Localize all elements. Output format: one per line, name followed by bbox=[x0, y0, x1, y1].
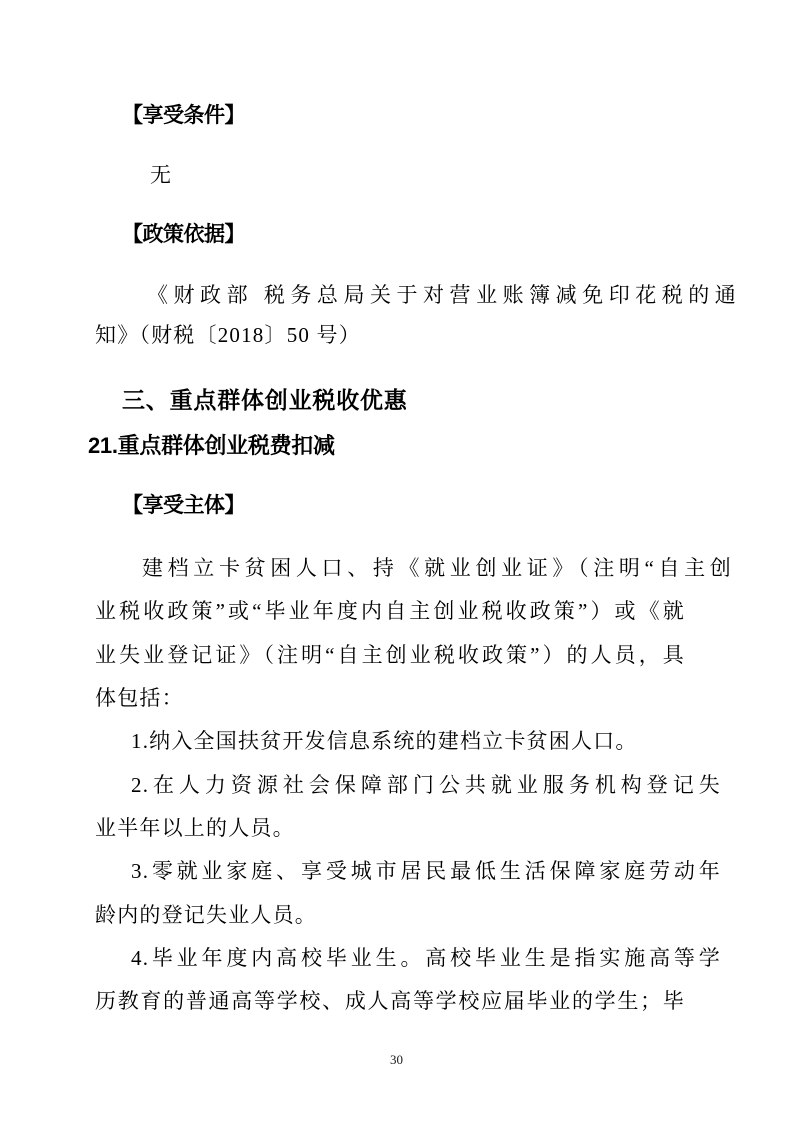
subject-item2-line-2: 业半年以上的人员。 bbox=[95, 807, 685, 850]
subject-paragraph-line-4: 体包括： bbox=[95, 677, 685, 720]
policy-basis-line-2: 知》（财税〔2018〕50 号） bbox=[95, 314, 685, 357]
subject-paragraph-line-3: 业失业登记证》（注明“自主创业税收政策”）的人员，具 bbox=[95, 634, 685, 677]
subject-paragraph-line-1: 建档立卡贫困人口、持《就业创业证》（注明“自主创 bbox=[95, 547, 732, 590]
subject-item3-line-2: 龄内的登记失业人员。 bbox=[95, 894, 685, 937]
heading-enjoy-condition: 【享受条件】 bbox=[95, 101, 712, 131]
chapter-heading: 三、重点群体创业税收优惠 bbox=[95, 384, 712, 416]
page-number: 30 bbox=[0, 1052, 793, 1068]
item21-heading: 21.重点群体创业税费扣减 bbox=[88, 431, 678, 461]
document-page: 【享受条件】 无 【政策依据】 《财政部 税务总局关于对营业账簿减免印花税的通 … bbox=[0, 0, 793, 1122]
subject-item4-line-2: 历教育的普通高等学校、成人高等学校应届毕业的学生；毕 bbox=[95, 980, 685, 1023]
heading-enjoy-subject: 【享受主体】 bbox=[95, 491, 712, 521]
subject-item4-line-1: 4.毕业年度内高校毕业生。高校毕业生是指实施高等学 bbox=[95, 937, 721, 980]
subject-item2-line-1: 2.在人力资源社会保障部门公共就业服务机构登记失 bbox=[95, 764, 721, 807]
subject-item3-line-1: 3.零就业家庭、享受城市居民最低生活保障家庭劳动年 bbox=[95, 850, 721, 893]
subject-paragraph-line-2: 业税收政策”或“毕业年度内自主创业税收政策”）或《就 bbox=[95, 590, 685, 633]
enjoy-condition-content: 无 bbox=[95, 154, 740, 197]
heading-policy-basis: 【政策依据】 bbox=[95, 220, 712, 250]
subject-item1-line-1: 1.纳入全国扶贫开发信息系统的建档立卡贫困人口。 bbox=[95, 720, 721, 763]
policy-basis-line-1: 《财政部 税务总局关于对营业账簿减免印花税的通 bbox=[95, 274, 737, 317]
